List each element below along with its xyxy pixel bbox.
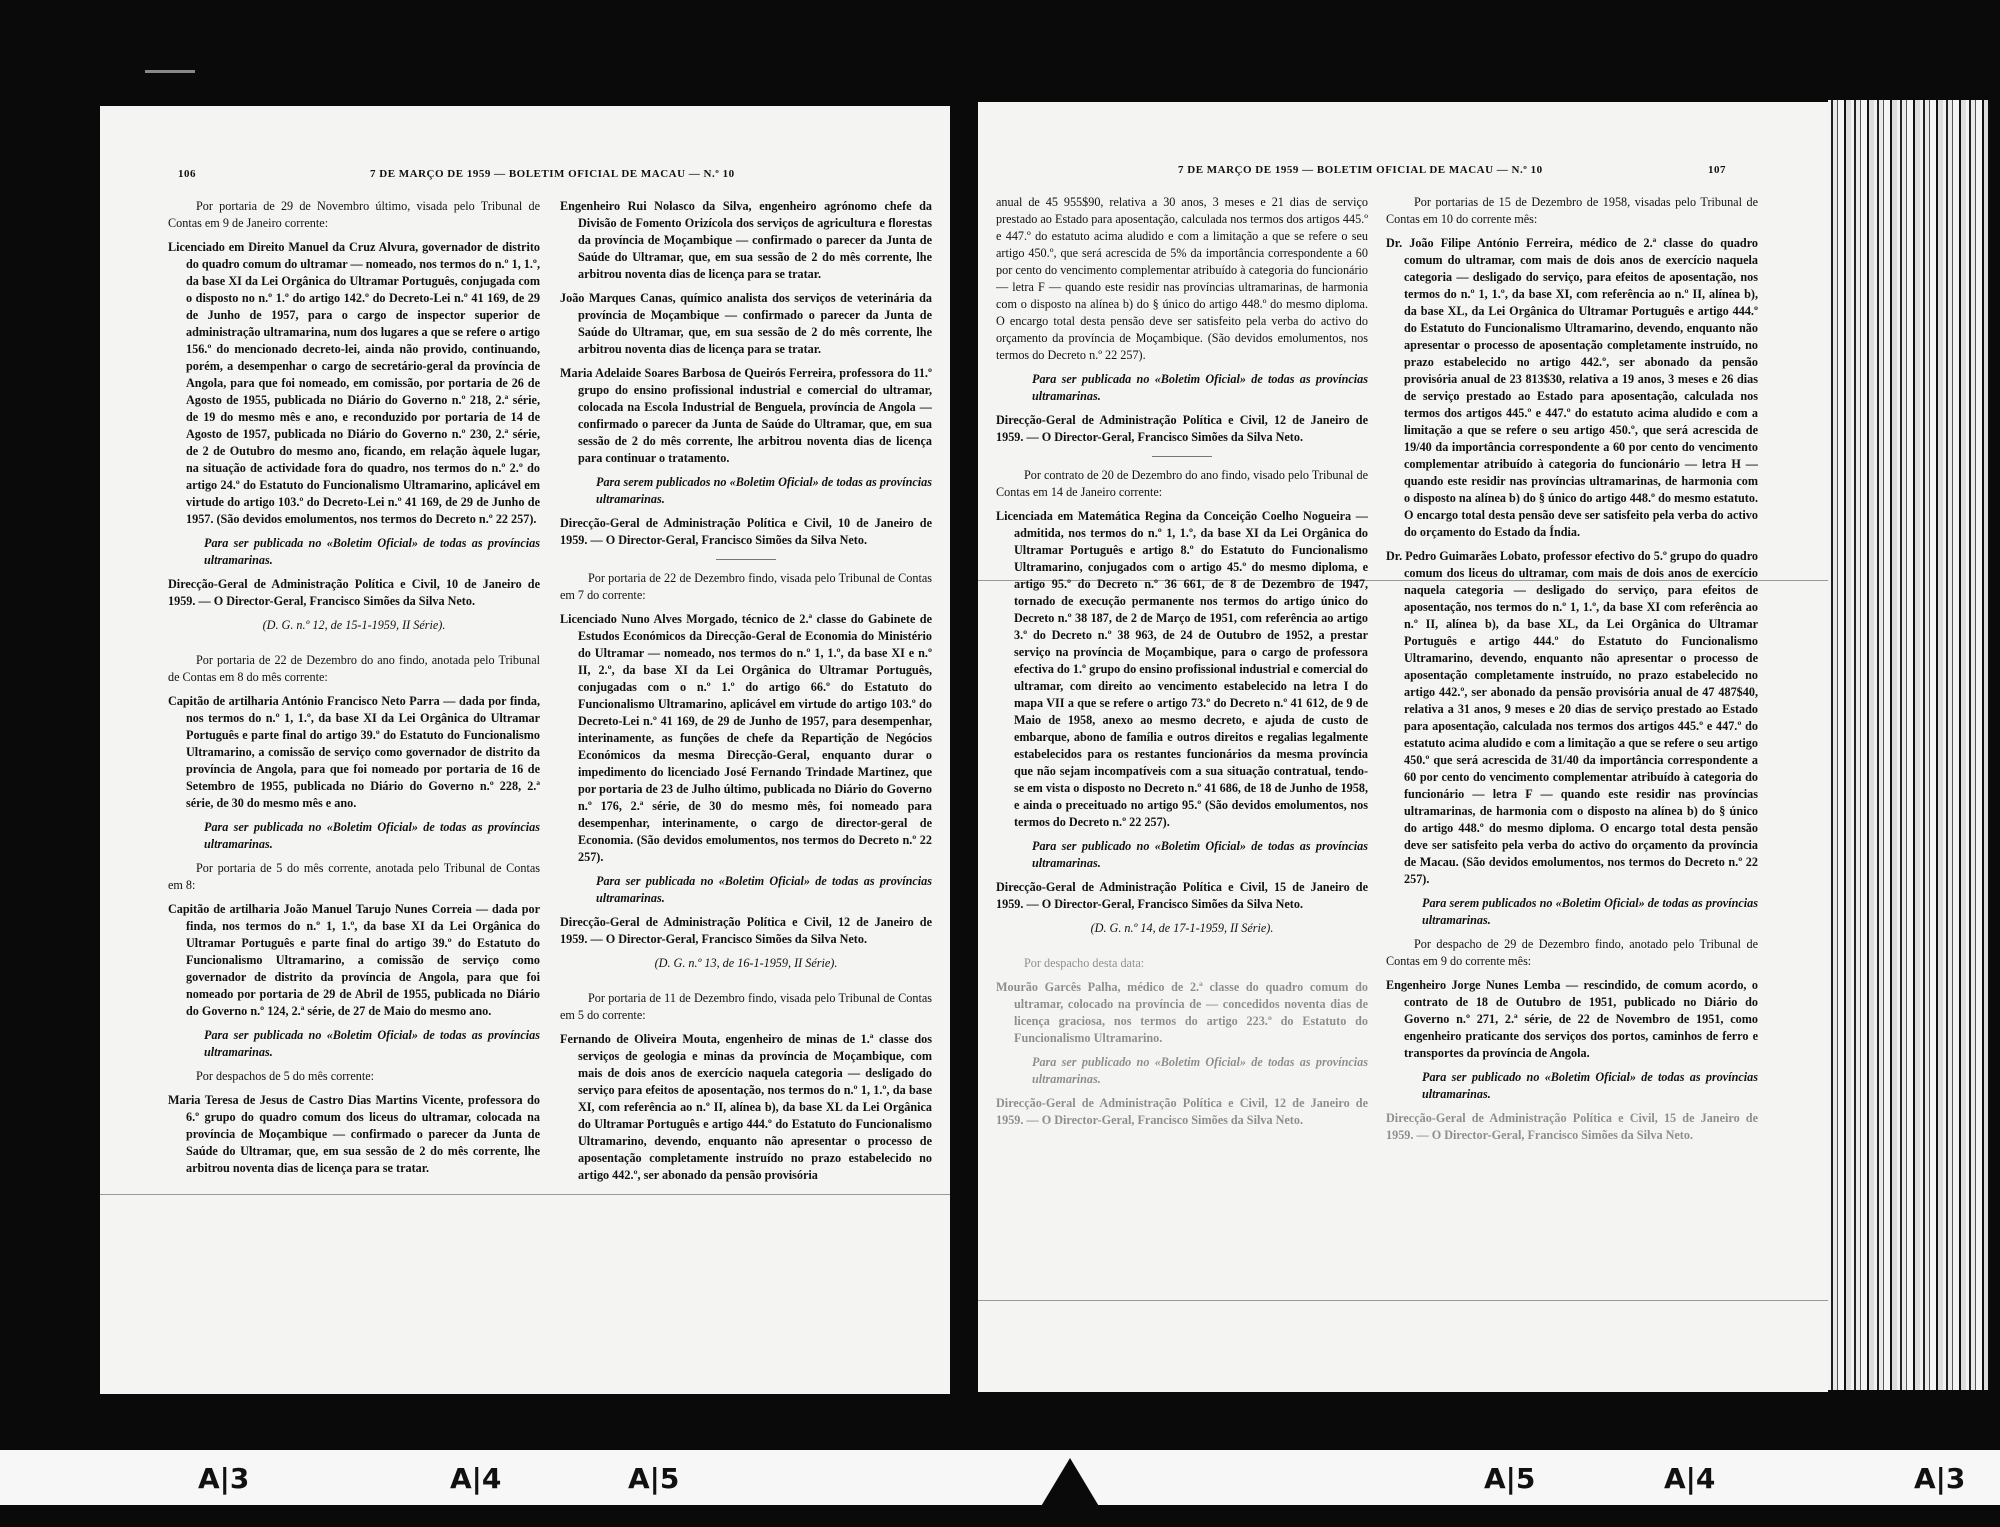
publication-note: Para ser publicado no «Boletim Oficial» … (996, 838, 1368, 872)
scan-line (978, 1300, 1828, 1301)
paragraph: Por despachos de 5 do mês corrente: (168, 1068, 540, 1085)
paragraph: Capitão de artilharia António Francisco … (168, 693, 540, 812)
paragraph: Por contrato de 20 de Dezembro do ano fi… (996, 467, 1368, 501)
divider (1152, 456, 1212, 457)
right-page: 7 DE MARÇO DE 1959 — BOLETIM OFICIAL DE … (978, 102, 1828, 1392)
faded-section: Por despacho desta data: Mourão Garcês P… (996, 955, 1368, 1129)
publication-note: Para ser publicada no «Boletim Oficial» … (560, 873, 932, 907)
page-number: 107 (1708, 164, 1726, 176)
running-title: 7 DE MARÇO DE 1959 — BOLETIM OFICIAL DE … (1178, 164, 1543, 176)
frame-mark: A|4 (1664, 1462, 1715, 1495)
paragraph: Engenheiro Jorge Nunes Lemba — rescindid… (1386, 977, 1758, 1062)
signature: Direcção-Geral de Administração Política… (996, 412, 1368, 446)
publication-note: Para ser publicado no «Boletim Oficial» … (996, 1054, 1368, 1088)
paragraph: Por portarias de 15 de Dezembro de 1958,… (1386, 194, 1758, 228)
paragraph: Capitão de artilharia João Manuel Tarujo… (168, 901, 540, 1020)
page-edges (1828, 100, 1988, 1390)
column-2: Engenheiro Rui Nolasco da Silva, engenhe… (560, 198, 932, 1191)
signature: Direcção-Geral de Administração Política… (1386, 1110, 1758, 1144)
paragraph: Mourão Garcês Palha, médico de 2.ª class… (996, 979, 1368, 1047)
frame-mark: A|3 (1914, 1462, 1965, 1495)
film-scratch (145, 70, 195, 73)
paragraph: Dr. Pedro Guimarães Lobato, professor ef… (1386, 548, 1758, 888)
paragraph: Maria Teresa de Jesus de Castro Dias Mar… (168, 1092, 540, 1177)
publication-note: Para serem publicados no «Boletim Oficia… (560, 474, 932, 508)
paragraph: João Marques Canas, químico analista dos… (560, 290, 932, 358)
publication-note: Para ser publicada no «Boletim Oficial» … (996, 371, 1368, 405)
signature: Direcção-Geral de Administração Política… (560, 515, 932, 549)
frame-mark: A|5 (1484, 1462, 1535, 1495)
paragraph: Por portaria de 5 do mês corrente, anota… (168, 860, 540, 894)
publication-note: Para ser publicado no «Boletim Oficial» … (1386, 1069, 1758, 1103)
frame-mark: A|3 (198, 1462, 249, 1495)
publication-note: Para ser publicada no «Boletim Oficial» … (168, 535, 540, 569)
frame-mark: A|5 (628, 1462, 679, 1495)
book-gutter (950, 100, 978, 1400)
paragraph: Licenciado Nuno Alves Morgado, técnico d… (560, 611, 932, 866)
publication-note: Para ser publicada no «Boletim Oficial» … (168, 1027, 540, 1061)
paragraph: Licenciada em Matemática Regina da Conce… (996, 508, 1368, 831)
paragraph: Por despacho desta data: (996, 955, 1368, 972)
reference: (D. G. n.º 14, de 17-1-1959, II Série). (996, 920, 1368, 937)
page-number: 106 (178, 168, 196, 180)
running-head: 106 7 DE MARÇO DE 1959 — BOLETIM OFICIAL… (100, 168, 950, 188)
running-head: 7 DE MARÇO DE 1959 — BOLETIM OFICIAL DE … (978, 164, 1828, 184)
scan-line (100, 1194, 950, 1195)
paragraph: Por despacho de 29 de Dezembro findo, an… (1386, 936, 1758, 970)
reference: (D. G. n.º 13, de 16-1-1959, II Série). (560, 955, 932, 972)
paragraph: Maria Adelaide Soares Barbosa de Queirós… (560, 365, 932, 467)
paragraph: Licenciado em Direito Manuel da Cruz Alv… (168, 239, 540, 528)
paragraph: anual de 45 955$90, relativa a 30 anos, … (996, 194, 1368, 364)
paragraph: Fernando de Oliveira Mouta, engenheiro d… (560, 1031, 932, 1184)
running-title: 7 DE MARÇO DE 1959 — BOLETIM OFICIAL DE … (370, 168, 735, 180)
left-page: 106 7 DE MARÇO DE 1959 — BOLETIM OFICIAL… (100, 106, 950, 1394)
signature: Direcção-Geral de Administração Política… (168, 576, 540, 610)
divider (716, 559, 776, 560)
publication-note: Para serem publicados no «Boletim Oficia… (1386, 895, 1758, 929)
column-1: Por portaria de 29 de Novembro último, v… (168, 198, 540, 1184)
reference: (D. G. n.º 12, de 15-1-1959, II Série). (168, 617, 540, 634)
paragraph: Por portaria de 29 de Novembro último, v… (168, 198, 540, 232)
signature: Direcção-Geral de Administração Política… (560, 914, 932, 948)
signature: Direcção-Geral de Administração Política… (996, 879, 1368, 913)
publication-note: Para ser publicada no «Boletim Oficial» … (168, 819, 540, 853)
column-2: Por portarias de 15 de Dezembro de 1958,… (1386, 194, 1758, 1151)
paragraph: Por portaria de 22 de Dezembro findo, vi… (560, 570, 932, 604)
column-1: anual de 45 955$90, relativa a 30 anos, … (996, 194, 1368, 1136)
paragraph: Por portaria de 22 de Dezembro do ano fi… (168, 652, 540, 686)
paragraph: Por portaria de 11 de Dezembro findo, vi… (560, 990, 932, 1024)
paragraph: Engenheiro Rui Nolasco da Silva, engenhe… (560, 198, 932, 283)
signature: Direcção-Geral de Administração Política… (996, 1095, 1368, 1129)
frame-mark: A|4 (450, 1462, 501, 1495)
paragraph: Dr. João Filipe António Ferreira, médico… (1386, 235, 1758, 541)
